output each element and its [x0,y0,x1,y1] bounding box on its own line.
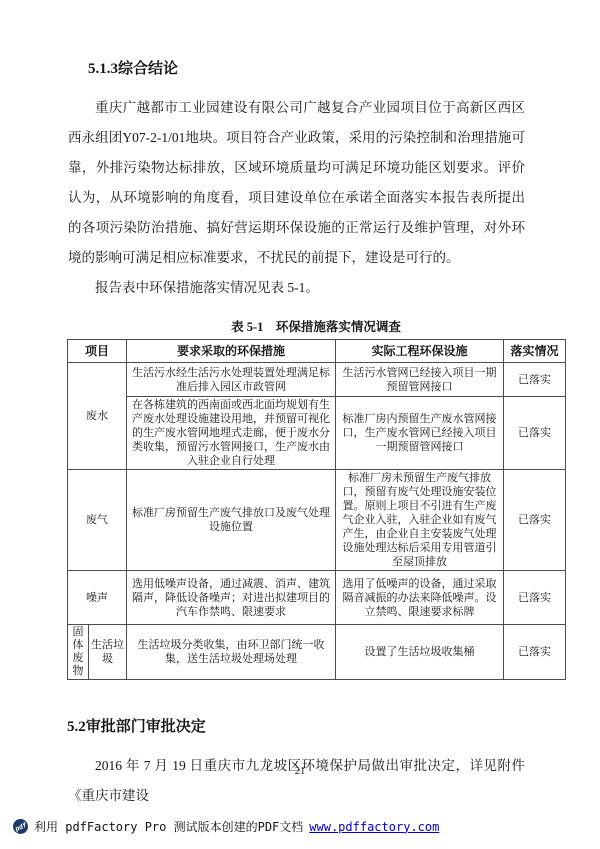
cell-item-waste-gas: 废气 [68,470,127,571]
cell-actual-industrial-wastewater: 标准厂房内预留生产废水管网接口，生产废水管网已经接入项目一期预留管网接口 [336,397,504,470]
environmental-measures-table: 项目 要求采取的环保措施 实际工程环保设施 落实情况 废水 生活污水经生活污水处… [67,339,566,680]
table-row-waste-gas: 废气 标准厂房预留生产废气排放口及废气处理设施位置 标准厂房未预留生产废气排放口… [68,470,566,571]
cell-required-industrial-wastewater: 在各栋建筑的西南面或西北面均规划有生产废水处理设施建设用地，并预留可视化的生产废… [127,397,336,470]
document-page: 5.1.3综合结论 重庆广越都市工业园建设有限公司广越复合产业园项目位于高新区西… [0,0,600,849]
section-heading-52: 5.2审批部门审批决定 [67,716,600,738]
cell-status-industrial-wastewater: 已落实 [504,397,566,470]
pdffactory-icon: pdf [13,819,28,834]
page-number: 21 [0,766,600,777]
header-status: 落实情况 [504,340,566,363]
section-heading-513: 5.1.3综合结论 [88,58,600,80]
header-item: 项目 [68,340,127,363]
cell-item-domestic-garbage: 生活垃圾 [89,625,127,680]
table-reference-paragraph: 报告表中环保措施落实情况见表 5-1。 [68,273,525,303]
table-row-industrial-wastewater: 在各栋建筑的西南面或西北面均规划有生产废水处理设施建设用地，并预留可视化的生产废… [68,397,566,470]
cell-item-noise: 噪声 [68,571,127,625]
cell-status-solid-waste: 已落实 [504,625,566,680]
table-row-domestic-wastewater: 废水 生活污水经生活污水处理装置处理满足标准后排入园区市政管网 生活污水管网已经… [68,363,566,397]
pdffactory-watermark: pdf 利用 pdfFactory Pro 测试版本创建的PDF文档 www.p… [13,818,439,835]
table-row-noise: 噪声 选用低噪声设备，通过减震、消声、建筑隔声，降低设备噪声；对进出拟建项目的汽… [68,571,566,625]
cell-status-domestic-wastewater: 已落实 [504,363,566,397]
pdffactory-link[interactable]: www.pdffactory.com [309,820,439,834]
cell-actual-noise: 选用了低噪声的设备，通过采取隔音减振的办法来降低噪声。设立禁鸣、限速要求标牌 [336,571,504,625]
header-required-measures: 要求采取的环保措施 [127,340,336,363]
table-header-row: 项目 要求采取的环保措施 实际工程环保设施 落实情况 [68,340,566,363]
cell-actual-domestic-wastewater: 生活污水管网已经接入项目一期预留管网接口 [336,363,504,397]
approval-paragraph: 2016 年 7 月 19 日重庆市九龙坡区环境保护局做出审批决定，详见附件《重… [68,751,525,811]
cell-required-solid-waste: 生活垃圾分类收集，由环卫部门统一收集，送生活垃圾处理场处理 [127,625,336,680]
cell-required-noise: 选用低噪声设备，通过减震、消声、建筑隔声，降低设备噪声；对进出拟建项目的汽车作禁… [127,571,336,625]
conclusion-paragraph: 重庆广越都市工业园建设有限公司广越复合产业园项目位于高新区西区西永组团Y07-2… [68,93,525,273]
cell-item-wastewater: 废水 [68,363,127,470]
table-caption: 表 5-1 环保措施落实情况调查 [67,319,565,335]
pdffactory-text: 利用 pdfFactory Pro 测试版本创建的PDF文档 [34,818,303,835]
header-actual-facilities: 实际工程环保设施 [336,340,504,363]
cell-status-waste-gas: 已落实 [504,470,566,571]
cell-status-noise: 已落实 [504,571,566,625]
cell-item-solid-waste: 固体废物 [68,625,89,680]
cell-required-waste-gas: 标准厂房预留生产废气排放口及废气处理设施位置 [127,470,336,571]
cell-required-domestic-wastewater: 生活污水经生活污水处理装置处理满足标准后排入园区市政管网 [127,363,336,397]
cell-actual-solid-waste: 设置了生活垃圾收集桶 [336,625,504,680]
table-row-solid-waste: 固体废物 生活垃圾 生活垃圾分类收集，由环卫部门统一收集，送生活垃圾处理场处理 … [68,625,566,680]
cell-actual-waste-gas: 标准厂房未预留生产废气排放口，预留有废气处理设施安装位置。原则上项目不引进有生产… [336,470,504,571]
